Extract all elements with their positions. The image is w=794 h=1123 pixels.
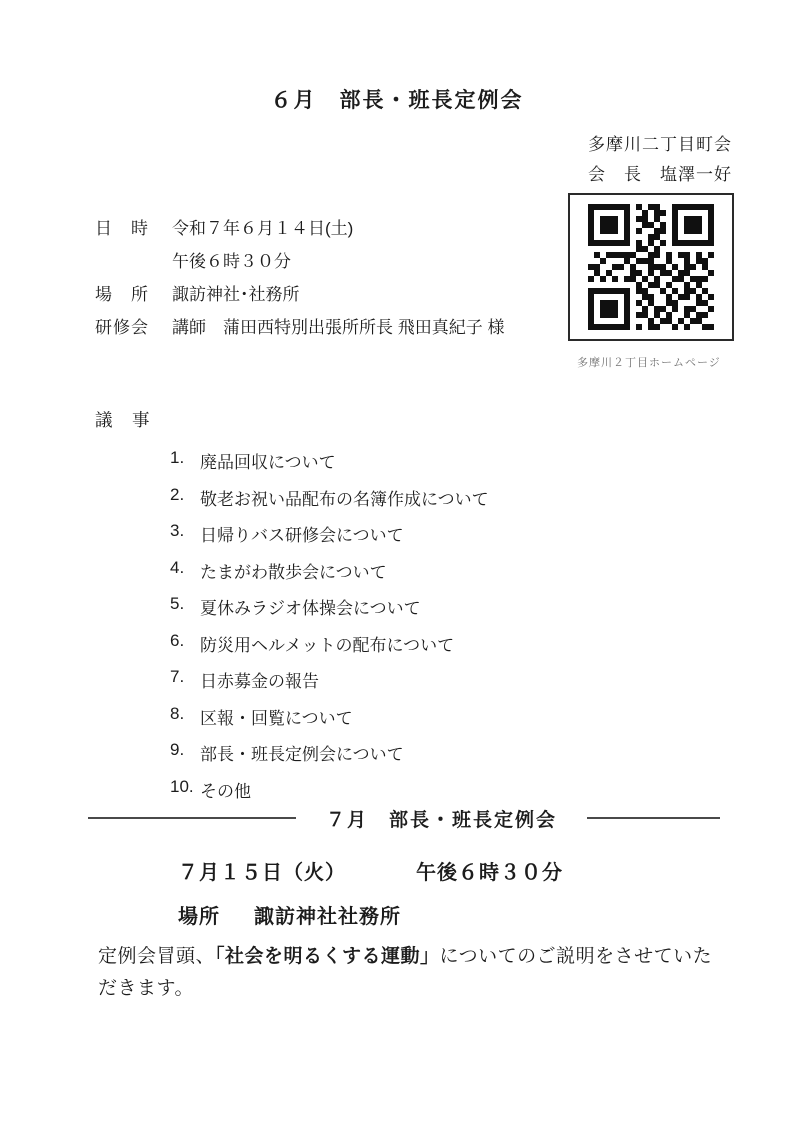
agenda-item-number: 5. (170, 594, 200, 616)
agenda-list: 1.廃品回収について 2.敬老お祝い品配布の名簿作成について 3.日帰りバス研修… (170, 448, 489, 813)
next-meeting-divider: ７月 部長・班長定例会 (88, 804, 720, 832)
agenda-item-number: 2. (170, 485, 200, 507)
agenda-item-text: 廃品回収について (200, 448, 336, 470)
training-label: 研修会 (95, 313, 172, 338)
agenda-item-text: 部長・班長定例会について (200, 740, 404, 762)
organization-block: 多摩川二丁目町会 会 長 塩澤一好 (588, 130, 732, 190)
agenda-item: 6.防災用ヘルメットの配布について (170, 631, 489, 653)
time-value: 午後６時３０分 (172, 247, 291, 272)
agenda-item: 2.敬老お祝い品配布の名簿作成について (170, 485, 489, 507)
training-value: 講師 蒲田西特別出張所所長 飛田真紀子 様 (172, 313, 504, 338)
agenda-item-text: 区報・回覧について (200, 704, 353, 726)
agenda-item-text: その他 (200, 777, 251, 799)
info-row-place: 場 所 諏訪神社･社務所 (95, 280, 504, 313)
next-place-label: 場所 (178, 900, 220, 929)
meeting-info: 日 時 令和７年６月１４日(土) 午後６時３０分 場 所 諏訪神社･社務所 研修… (95, 214, 504, 346)
datetime-label: 日 時 (95, 214, 172, 239)
agenda-item-text: 日赤募金の報告 (200, 667, 319, 689)
agenda-item: 5.夏休みラジオ体操会について (170, 594, 489, 616)
agenda-item-text: たまがわ散歩会について (200, 558, 387, 580)
agenda-item-number: 8. (170, 704, 200, 726)
next-meeting-datetime: ７月１５日（火） 午後６時３０分 (178, 856, 563, 885)
info-row-datetime: 日 時 令和７年６月１４日(土) (95, 214, 504, 247)
chairman-name: 会 長 塩澤一好 (588, 160, 732, 190)
qr-code (588, 204, 714, 330)
agenda-item-text: 防災用ヘルメットの配布について (200, 631, 454, 653)
next-meeting-time: 午後６時３０分 (416, 856, 563, 885)
organization-name: 多摩川二丁目町会 (588, 130, 732, 160)
next-meeting-heading: ７月 部長・班長定例会 (326, 805, 557, 832)
note-prefix: 定例会冒頭、 (98, 946, 215, 967)
page-title: ６月 部長・班長定例会 (0, 84, 794, 114)
note-paragraph: 定例会冒頭、「社会を明るくする運動」についてのご説明をさせていただきます。 (98, 941, 726, 1005)
divider-line-left (88, 817, 296, 819)
agenda-item-text: 敬老お祝い品配布の名簿作成について (200, 485, 489, 507)
agenda-item-number: 10. (170, 777, 200, 799)
next-place-value: 諏訪神社社務所 (254, 900, 401, 929)
agenda-item: 3.日帰りバス研修会について (170, 521, 489, 543)
datetime-value: 令和７年６月１４日(土) (172, 214, 353, 239)
divider-line-right (587, 817, 720, 819)
agenda-item-number: 1. (170, 448, 200, 470)
agenda-item-number: 7. (170, 667, 200, 689)
agenda-item-number: 4. (170, 558, 200, 580)
agenda-heading: 議 事 (95, 407, 151, 432)
note-bold-phrase: 「社会を明るくする運動」 (215, 946, 440, 967)
place-value: 諏訪神社･社務所 (172, 280, 300, 305)
qr-caption: 多摩川２丁目ホームページ (577, 354, 721, 370)
agenda-item-text: 夏休みラジオ体操会について (200, 594, 421, 616)
agenda-item-number: 3. (170, 521, 200, 543)
agenda-item: 1.廃品回収について (170, 448, 489, 470)
next-meeting-date: ７月１５日（火） (178, 856, 346, 885)
place-label: 場 所 (95, 280, 172, 305)
info-row-training: 研修会 講師 蒲田西特別出張所所長 飛田真紀子 様 (95, 313, 504, 346)
agenda-item-text: 日帰りバス研修会について (200, 521, 404, 543)
agenda-item-number: 9. (170, 740, 200, 762)
document-page: ６月 部長・班長定例会 多摩川二丁目町会 会 長 塩澤一好 日 時 令和７年６月… (0, 0, 794, 1123)
info-row-time: 午後６時３０分 (95, 247, 504, 280)
agenda-item: 9.部長・班長定例会について (170, 740, 489, 762)
agenda-item: 7.日赤募金の報告 (170, 667, 489, 689)
agenda-item: 10.その他 (170, 777, 489, 799)
agenda-item-number: 6. (170, 631, 200, 653)
next-meeting-place: 場所 諏訪神社社務所 (178, 900, 401, 929)
agenda-item: 8.区報・回覧について (170, 704, 489, 726)
agenda-item: 4.たまがわ散歩会について (170, 558, 489, 580)
qr-code-box (568, 193, 734, 341)
